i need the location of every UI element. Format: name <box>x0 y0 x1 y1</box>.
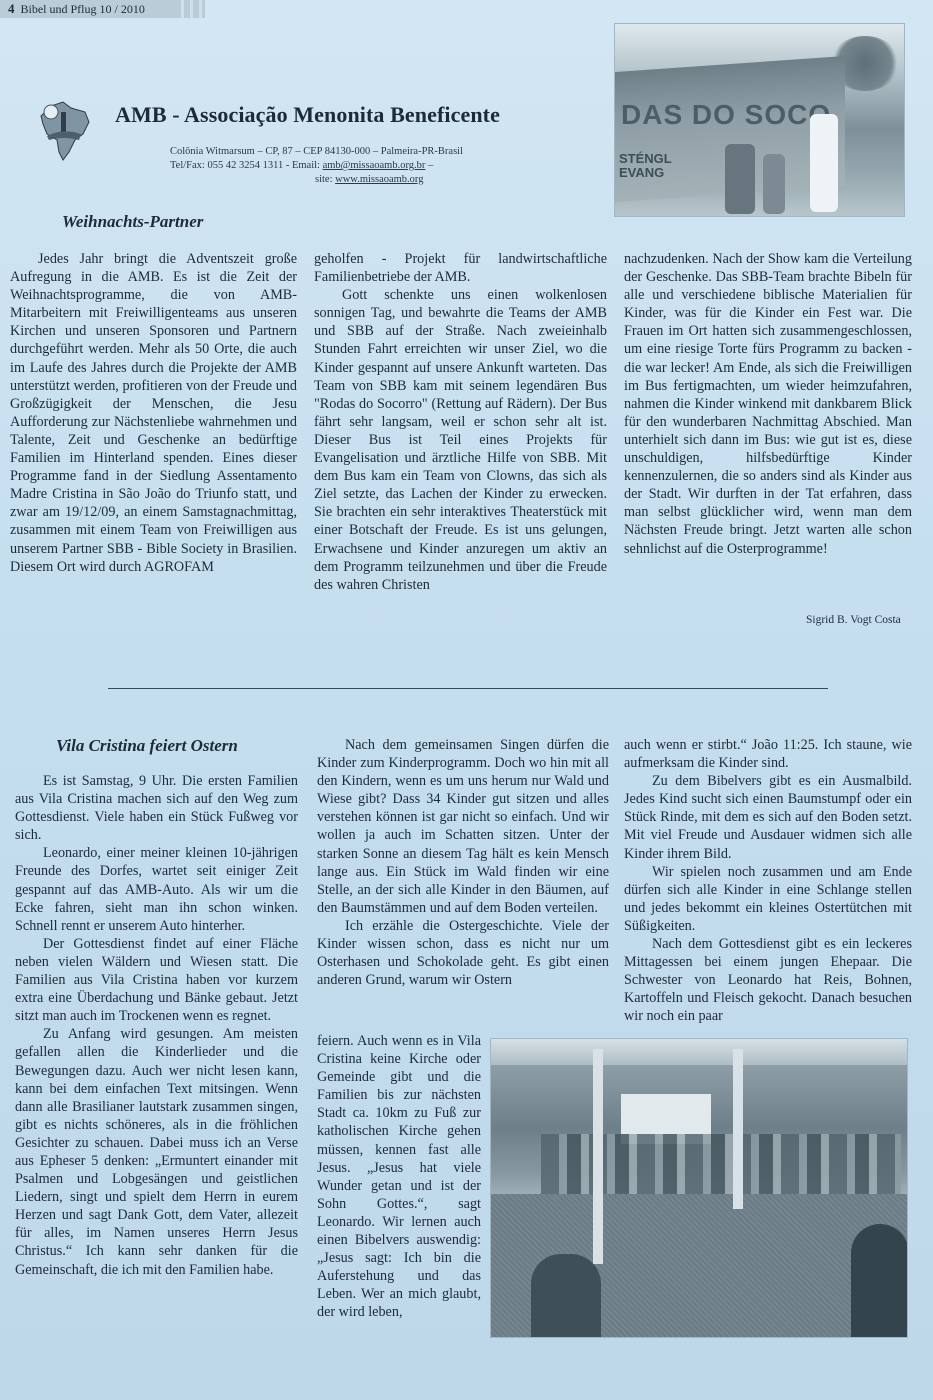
bus-lettering-lower: STÉNGLEVANG <box>619 152 672 180</box>
person-figure <box>810 114 838 212</box>
paragraph: Nach dem Gottesdienst gibt es ein lecker… <box>624 935 912 1025</box>
pillar <box>733 1049 743 1209</box>
pillar <box>593 1049 603 1264</box>
site-line: site: www.missaoamb.org <box>170 173 570 187</box>
article2-column-1: Es ist Samstag, 9 Uhr. Die ersten Famili… <box>15 772 298 1279</box>
child-figure <box>725 144 755 214</box>
article2-column-3: auch wenn er stirbt.“ João 11:25. Ich st… <box>624 736 912 1026</box>
roof-shape <box>491 1039 907 1065</box>
paragraph: Es ist Samstag, 9 Uhr. Die ersten Famili… <box>15 772 298 844</box>
author-signature: Sigrid B. Vogt Costa <box>806 614 901 626</box>
bus-lettering: DAS DO SOCO <box>621 99 831 131</box>
organization-name: AMB - Associação Menonita Beneficente <box>115 102 500 128</box>
brazil-map-logo-icon <box>33 94 93 164</box>
person-figure <box>531 1254 601 1338</box>
paragraph: Der Gottesdienst findet auf einer Fläche… <box>15 935 298 1025</box>
article-title-vila-cristina: Vila Cristina feiert Ostern <box>56 736 238 756</box>
paragraph: Zu dem Bibelvers gibt es ein Ausmalbild.… <box>624 772 912 862</box>
article1-column-1: Jedes Jahr bringt die Adventszeit große … <box>10 250 297 576</box>
group-photo <box>490 1038 908 1338</box>
section-divider <box>108 688 828 689</box>
paragraph: nachzudenken. Nach der Show kam die Vert… <box>624 250 912 558</box>
paragraph: Nach dem gemeinsamen Singen dürfen die K… <box>317 736 609 917</box>
article2-column-2: Nach dem gemeinsamen Singen dürfen die K… <box>317 736 609 989</box>
paragraph: Wir spielen noch zusammen und am Ende dü… <box>624 863 912 935</box>
website-link[interactable]: www.missaoamb.org <box>335 174 423 185</box>
address-line: Colônia Witmarsum – CP, 87 – CEP 84130-0… <box>170 145 570 159</box>
email-link[interactable]: amb@missaoamb.org.br <box>323 160 426 171</box>
bus-photo: DAS DO SOCO STÉNGLEVANG <box>614 23 905 217</box>
contact-line: Tel/Fax: 055 42 3254 1311 - Email: amb@m… <box>170 159 570 173</box>
organization-contact: Colônia Witmarsum – CP, 87 – CEP 84130-0… <box>170 145 570 187</box>
page-number: 4 <box>8 1 15 16</box>
header-decoration <box>175 0 205 18</box>
paragraph: Ich erzähle die Ostergeschichte. Viele d… <box>317 917 609 989</box>
paragraph: auch wenn er stirbt.“ João 11:25. Ich st… <box>624 736 912 772</box>
article1-column-3: nachzudenken. Nach der Show kam die Vert… <box>624 250 912 558</box>
paragraph: Jedes Jahr bringt die Adventszeit große … <box>10 250 297 576</box>
article-title-weihnachts-partner: Weihnachts-Partner <box>62 212 203 232</box>
paragraph: geholfen - Projekt für landwirtschaftlic… <box>314 250 607 286</box>
paragraph: Leonardo, einer meiner kleinen 10-jährig… <box>15 844 298 934</box>
article1-column-2: geholfen - Projekt für landwirtschaftlic… <box>314 250 607 594</box>
person-figure <box>851 1224 908 1338</box>
paragraph: Zu Anfang wird gesungen. Am meisten gefa… <box>15 1025 298 1278</box>
article2-column-2-narrow: feiern. Auch wenn es in Vila Cristina ke… <box>317 1032 481 1322</box>
paragraph: feiern. Auch wenn es in Vila Cristina ke… <box>317 1032 481 1322</box>
publication-name: Bibel und Pflug 10 / 2010 <box>21 2 145 16</box>
child-figure <box>763 154 785 214</box>
paragraph: Gott schenkte uns einen wolkenlosen sonn… <box>314 286 607 594</box>
page-header: 4 Bibel und Pflug 10 / 2010 <box>0 0 175 18</box>
